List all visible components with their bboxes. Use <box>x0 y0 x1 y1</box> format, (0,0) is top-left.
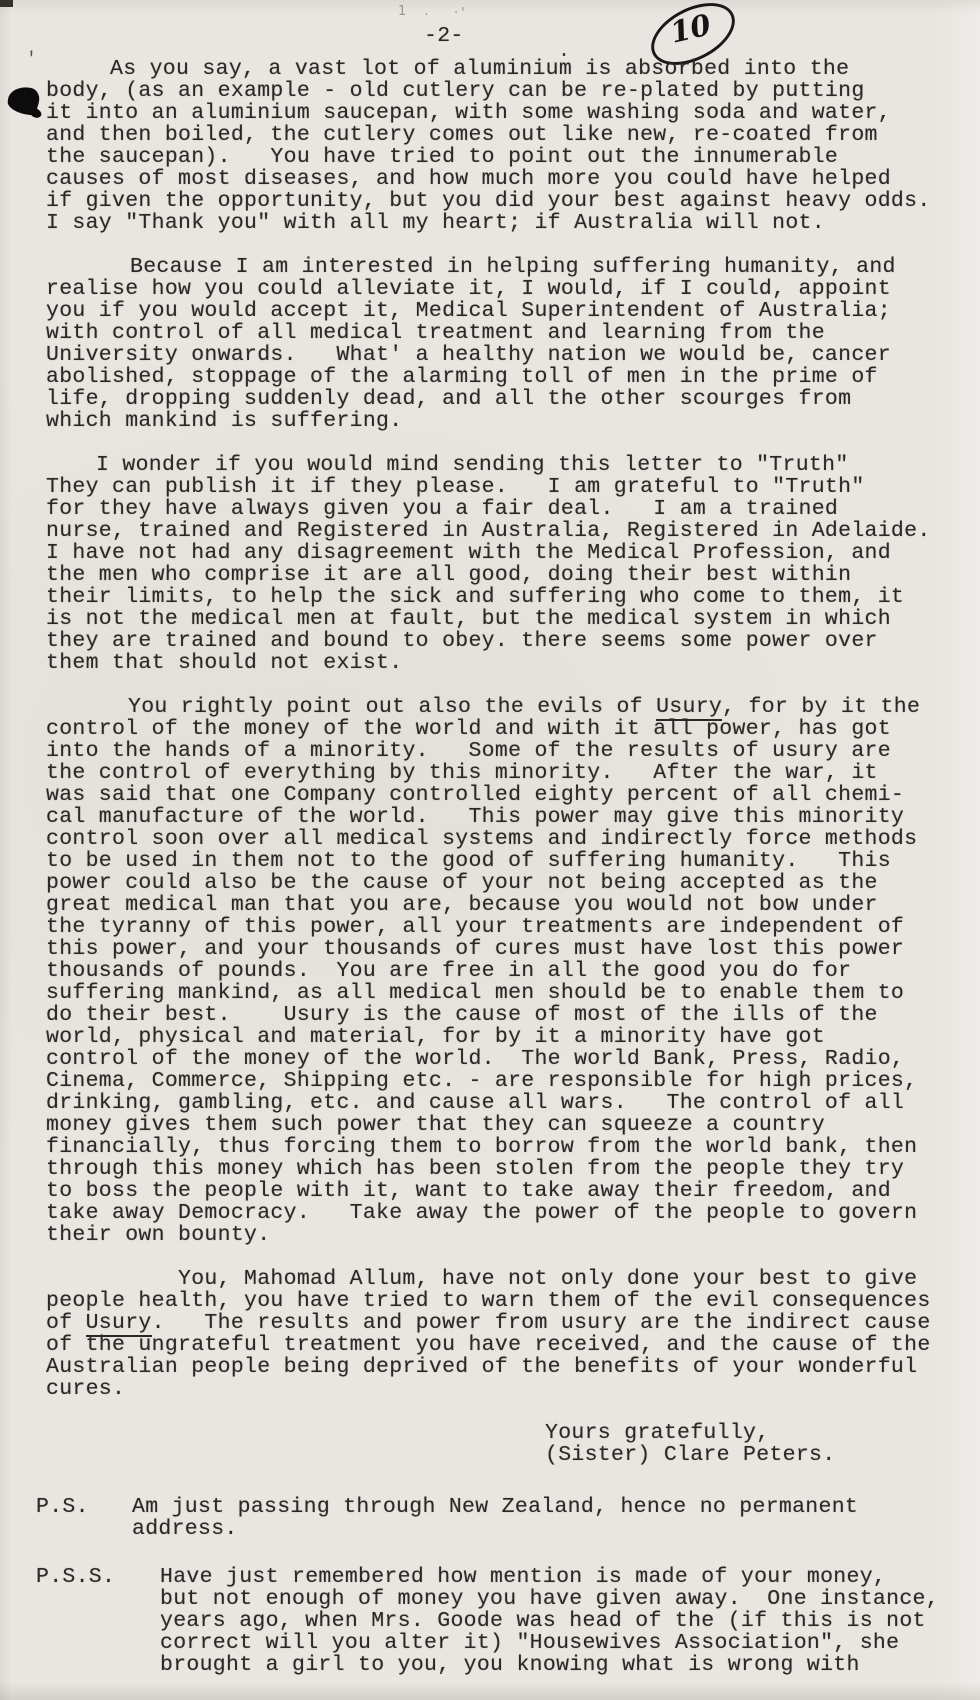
paragraph-usury-text-pre: You rightly point out also the evils of <box>128 695 656 719</box>
valediction: Yours gratefully, <box>545 1422 962 1444</box>
signature-block: Yours gratefully, (Sister) Clare Peters. <box>545 1422 962 1466</box>
paragraph-usury-text-post: , for by it the control of the money of … <box>46 695 920 1247</box>
pencil-mark-left: 1 . <box>398 4 436 19</box>
page-number: -2- <box>424 25 464 47</box>
paragraph-usury: You rightly point out also the evils of … <box>46 696 962 1246</box>
ink-blot <box>6 85 40 116</box>
annotation-number: 10 <box>668 10 714 47</box>
paragraph-mahomad-text-post: . The results and power from usury are t… <box>46 1311 931 1401</box>
signature-name: (Sister) Clare Peters. <box>545 1444 962 1466</box>
scanned-letter-page: 1 . ·' -2- 10 . ' As you say, a vast lot… <box>0 0 980 1700</box>
stray-apostrophe-mark: ' <box>26 50 37 70</box>
paragraph-appointment: Because I am interested in helping suffe… <box>46 256 962 432</box>
paragraph-mahomad-allum: You, Mahomad Allum, have not only done y… <box>46 1268 962 1400</box>
pss-text: Have just remembered how mention is made… <box>160 1566 939 1676</box>
postscript-pss: P.S.S. Have just remembered how mention … <box>36 1566 962 1676</box>
pencil-mark-right: ·' <box>454 6 468 21</box>
ps-label: P.S. <box>36 1496 132 1540</box>
ps-text: Am just passing through New Zealand, hen… <box>132 1496 858 1540</box>
paragraph-aluminium: As you say, a vast lot of aluminium is a… <box>46 58 962 234</box>
postscript-ps: P.S. Am just passing through New Zealand… <box>36 1496 962 1540</box>
pss-label: P.S.S. <box>36 1566 160 1676</box>
letter-body: As you say, a vast lot of aluminium is a… <box>46 58 962 1676</box>
scan-corner-artifact <box>0 0 13 7</box>
paragraph-truth-letter: I wonder if you would mind sending this … <box>46 454 962 674</box>
